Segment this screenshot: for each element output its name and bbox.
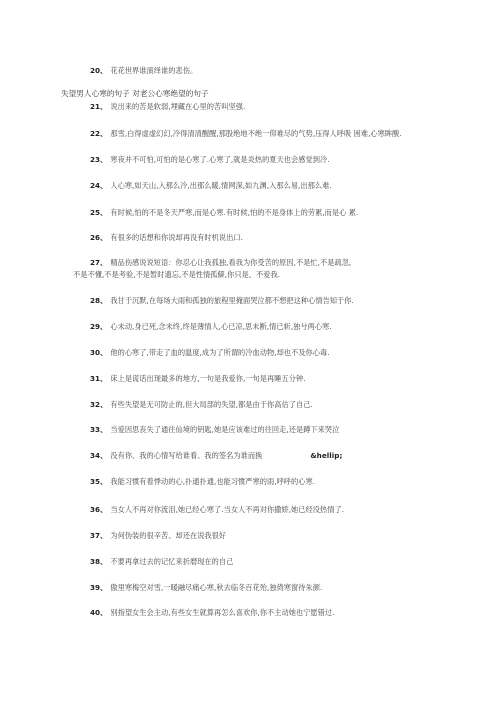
list-item-32: 32、有些失望是无可防止的,但大局部的失望,都是由于你高估了自己.: [90, 400, 313, 410]
list-item-38: 38、不要再拿过去的记忆来折磨现在的自己: [90, 557, 233, 567]
item-text: 我能习惯有着悸动的心,扑通扑通,也能习惯严寒的雨,呼呼的心寒.: [110, 477, 315, 486]
item-number: 22、: [90, 129, 107, 138]
item-number: 35、: [90, 477, 107, 486]
list-item-27: 27、精品伤感说说短语：你忍心让我孤独,看我为你受苦的原因,不是忙,不是疏忽,: [90, 258, 351, 268]
item-number: 27、: [90, 258, 107, 267]
item-number: 31、: [90, 374, 107, 383]
item-number: 30、: [90, 348, 107, 357]
item-text: 有很多的话想和你说却再没有时机说出口.: [110, 233, 243, 242]
list-item-29: 29、心未动,身已死,念未终,终是薄情人,心已凉,思未断,情已斩,独兮两心寒.: [90, 322, 332, 332]
item-text: 我甘于沉默,在每场大雨和孤独的旅程里掩面哭泣都不想把这种心情告知于你.: [110, 296, 354, 305]
item-text: 花花世界谁演绎谁的悲伤。: [110, 66, 197, 75]
item-text: 说出来的苦是软弱,埋藏在心里的苦叫坚强.: [110, 102, 245, 111]
item-text: 当爱因思丧失了通往仙境的钥匙,她是应该难过的往回走,还是蹲下来哭泣: [110, 425, 339, 434]
list-item-36: 36、当女人不再对你流泪,她已经心寒了.当女人不再对你撒娇,她已经没热情了.: [90, 505, 344, 515]
list-item-21: 21、说出来的苦是软弱,埋藏在心里的苦叫坚强.: [90, 102, 245, 112]
item-number: 34、: [90, 451, 107, 460]
item-text: 不要再拿过去的记忆来折磨现在的自己: [110, 557, 233, 566]
item-number: 24、: [90, 181, 107, 190]
list-item-23: 23、寒夜并不可怕,可怕的是心寒了.心寒了,就是炎热的夏天也会感觉到冷.: [90, 155, 330, 165]
list-item-33: 33、当爱因思丧失了通往仙境的钥匙,她是应该难过的往回走,还是蹲下来哭泣: [90, 425, 339, 435]
item-number: 25、: [90, 208, 107, 217]
item-text: 寒夜并不可怕,可怕的是心寒了.心寒了,就是炎热的夏天也会感觉到冷.: [110, 155, 329, 164]
item-number: 38、: [90, 557, 107, 566]
list-item-39: 39、傲里寒梅空对雪,一暖融尽痛心寒,秋去临冬百花殆,独倚寒窗待朱颜.: [90, 583, 322, 593]
item-text: 人心寒,如天山,入那么冷,出那么暖,情网深,如九渊,入那么易,出那么难.: [110, 181, 331, 190]
list-item-37: 37、为何伪装的很辛苦、却还在说我很好: [90, 531, 226, 541]
list-item-35: 35、我能习惯有着悸动的心,扑通扑通,也能习惯严寒的雨,呼呼的心寒.: [90, 477, 315, 487]
html-entity-text: &hellip;: [310, 451, 342, 460]
item-text: 心未动,身已死,念未终,终是薄情人,心已凉,思未断,情已斩,独兮两心寒.: [110, 322, 331, 331]
item-text: 那雪,白得虚虚幻幻,冷得清清醒醒,那股绝地不绝一仰难尽的气势,压得人呼吸 困难,…: [110, 129, 401, 138]
item-number: 21、: [90, 102, 107, 111]
item-number: 39、: [90, 583, 107, 592]
document-page: 20、花花世界谁演绎谁的悲伤。 失望男人心寒的句子 对老公心寒绝望的句子 21、…: [0, 0, 500, 708]
list-item-28: 28、我甘于沉默,在每场大雨和孤独的旅程里掩面哭泣都不想把这种心情告知于你.: [90, 296, 354, 306]
list-item-25: 25、有时候,怕的不是冬天严寒,而是心寒.有时候,怕的不是身体上的劳累,而是心 …: [90, 208, 358, 218]
list-item-26: 26、有很多的话想和你说却再没有时机说出口.: [90, 233, 243, 243]
item-number: 32、: [90, 400, 107, 409]
item-number: 37、: [90, 531, 107, 540]
item-number: 28、: [90, 296, 107, 305]
section-heading: 失望男人心寒的句子 对老公心寒绝望的句子: [61, 89, 209, 99]
item-text: 傲里寒梅空对雪,一暖融尽痛心寒,秋去临冬百花殆,独倚寒窗待朱颜.: [110, 583, 322, 592]
list-item-27-continuation: 不是不懂,不是考验,不是暂时遗忘,不是性情孤僻,你只是、不爱我.: [73, 270, 280, 280]
item-text: 当女人不再对你流泪,她已经心寒了.当女人不再对你撒娇,她已经没热情了.: [110, 505, 344, 514]
item-text: 有些失望是无可防止的,但大局部的失望,都是由于你高估了自己.: [110, 400, 312, 409]
item-text: 为何伪装的很辛苦、却还在说我很好: [110, 531, 226, 540]
list-item-20: 20、花花世界谁演绎谁的悲伤。: [90, 66, 197, 76]
item-number: 40、: [90, 608, 107, 617]
item-number: 29、: [90, 322, 107, 331]
item-number: 33、: [90, 425, 107, 434]
item-text: 他的心寒了,带走了血的温度,成为了所谓的冷血动物,却也不及你心毒.: [110, 348, 329, 357]
item-text: 有时候,怕的不是冬天严寒,而是心寒.有时候,怕的不是身体上的劳累,而是心 累.: [110, 208, 358, 217]
list-item-30: 30、他的心寒了,带走了血的温度,成为了所谓的冷血动物,却也不及你心毒.: [90, 348, 330, 358]
list-item-31: 31、床上是谎话出现最多的地方,一句是我爱你,一句是再睡五分钟.: [90, 374, 306, 384]
item-text: 床上是谎话出现最多的地方,一句是我爱你,一句是再睡五分钟.: [110, 374, 305, 383]
item-number: 20、: [90, 66, 107, 75]
list-item-34: 34、没有你、我的心情写给谁看、我的签名为谁而换&hellip;: [90, 451, 342, 461]
item-text: 没有你、我的心情写给谁看、我的签名为谁而换: [110, 451, 262, 460]
item-number: 26、: [90, 233, 107, 242]
item-text: 精品伤感说说短语：你忍心让我孤独,看我为你受苦的原因,不是忙,不是疏忽,: [110, 258, 351, 267]
item-text: 别指望女生会主动,有些女生就算再怎么喜欢你,你不主动她也宁愿错过.: [110, 608, 334, 617]
list-item-22: 22、那雪,白得虚虚幻幻,冷得清清醒醒,那股绝地不绝一仰难尽的气势,压得人呼吸 …: [90, 129, 402, 139]
item-number: 36、: [90, 505, 107, 514]
list-item-40: 40、别指望女生会主动,有些女生就算再怎么喜欢你,你不主动她也宁愿错过.: [90, 608, 334, 618]
list-item-24: 24、人心寒,如天山,入那么冷,出那么暖,情网深,如九渊,入那么易,出那么难.: [90, 181, 332, 191]
item-number: 23、: [90, 155, 107, 164]
